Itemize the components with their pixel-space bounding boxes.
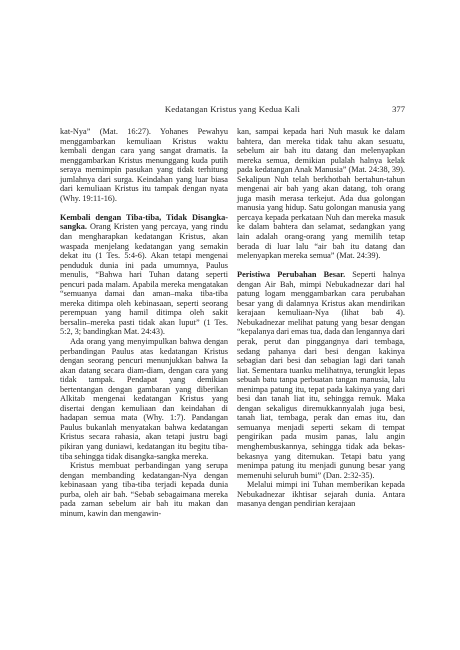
page-header: Kedatangan Kristus yang Kedua Kali 377 [60,104,405,116]
left-column: kat-Nya” (Mat. 16:27). Yohanes Pewahyu m… [60,127,228,518]
paragraph: Melalui mimpi ini Tuhan memberikan kepad… [237,480,405,509]
paragraph: Ada orang yang menyimpulkan bahwa dengan… [60,337,228,461]
run-in-heading: Kembali dengan Tiba-tiba, Tidak Disangka… [60,213,228,232]
book-page: Kedatangan Kristus yang Kedua Kali 377 k… [0,0,460,650]
section-paragraph: Peristiwa Perubahan Besar. Seperti halny… [237,270,405,480]
text-columns: kat-Nya” (Mat. 16:27). Yohanes Pewahyu m… [60,127,405,518]
section-paragraph: Kembali dengan Tiba-tiba, Tidak Disangka… [60,213,228,337]
page-content: Kedatangan Kristus yang Kedua Kali 377 k… [60,104,405,518]
running-head-title: Kedatangan Kristus yang Kedua Kali [60,104,405,115]
run-in-heading: Peristiwa Perubahan Besar. [237,270,352,279]
paragraph: Kristus membuat perbandingan yang serupa… [60,461,228,518]
page-number: 377 [392,104,405,115]
paragraph: kat-Nya” (Mat. 16:27). Yohanes Pewahyu m… [60,127,228,203]
right-column: kan, sampai kepada hari Nuh masuk ke dal… [237,127,405,518]
paragraph: kan, sampai kepada hari Nuh masuk ke dal… [237,127,405,261]
